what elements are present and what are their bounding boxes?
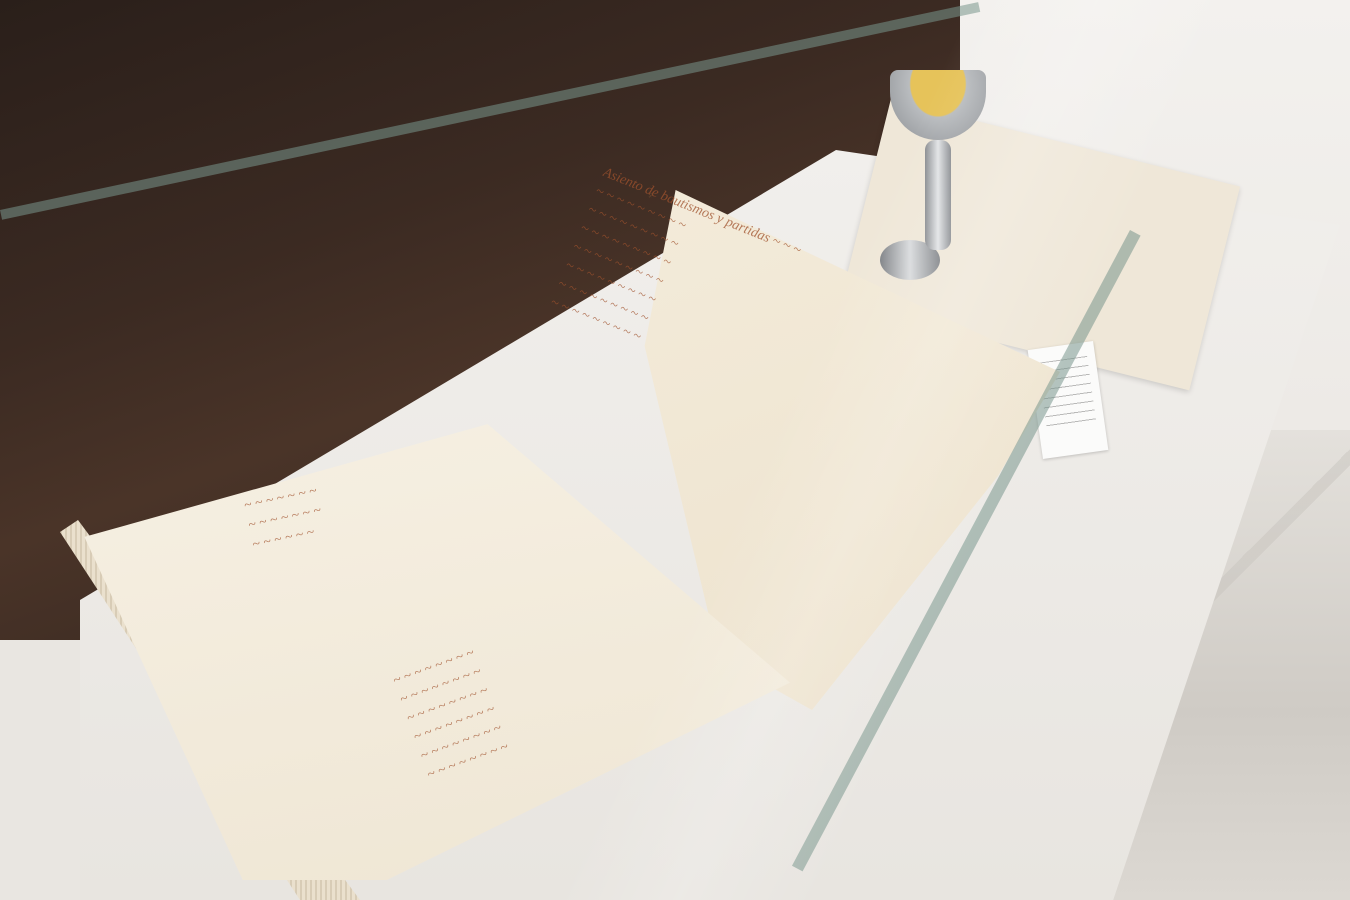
chalice-stem <box>925 140 951 250</box>
